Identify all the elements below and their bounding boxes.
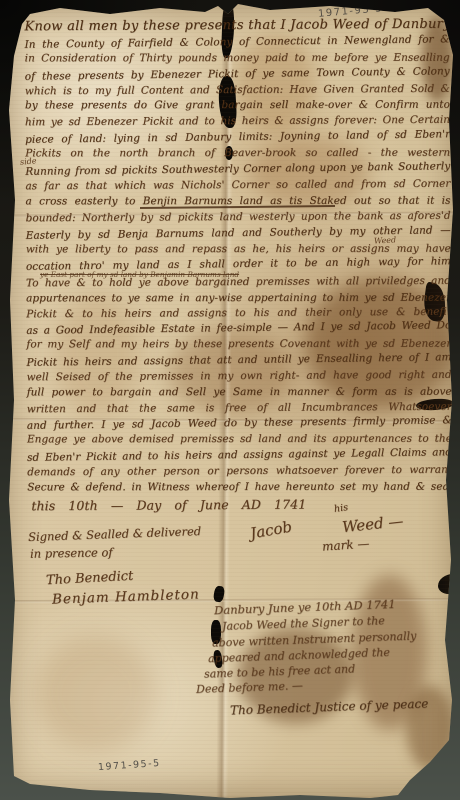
manuscript-line: Pickits on the north branch of Beaver-br… xyxy=(25,147,450,161)
manuscript-line: Pickit his heirs and assigns that att an… xyxy=(26,351,451,370)
manuscript-line: appurtenances to ye same in any-wise app… xyxy=(26,292,451,306)
manuscript-line: Know all men by these presents that I Ja… xyxy=(24,18,449,34)
manuscript-line: by these presents do Give grant bargain … xyxy=(25,99,450,113)
manuscript-line: Pickit & to his heirs and assigns to his… xyxy=(26,306,451,322)
edge-notch xyxy=(438,574,460,594)
acknowledgment-line: Deed before me. — xyxy=(196,679,303,696)
manuscript-date-line: this 10th — Day of June AD 1741 xyxy=(31,497,452,513)
manuscript-line: sd Eben'r Pickit and to his heirs and as… xyxy=(27,446,452,465)
manuscript-line: demands of any other person or persons w… xyxy=(27,464,452,480)
manuscript-line: bounded: Northerly by sd pickits land we… xyxy=(26,210,451,226)
marginal-note-side: side xyxy=(20,156,37,166)
scanned-document-view: 1971-93-5 1971-95-5 Know all men by thes… xyxy=(0,0,460,800)
fold-tear xyxy=(213,585,226,602)
manuscript-line: Running from sd pickits Southwesterly Co… xyxy=(25,160,450,179)
signature-his-label: his xyxy=(333,502,348,515)
witness-signature: Benjam Hambleton xyxy=(52,586,200,607)
interlined-note-struck: ye East part of my sd land by Benjamin B… xyxy=(40,270,239,279)
manuscript-line: Engage ye above demised premisses sd lan… xyxy=(27,433,452,447)
attestation-line: in presence of xyxy=(30,545,113,560)
deed-paper: 1971-93-5 1971-95-5 Know all men by thes… xyxy=(0,0,460,800)
manuscript-line: as far as that which was Nichols' Corner… xyxy=(25,178,450,194)
manuscript-line: piece of land: lying in sd Danbury limit… xyxy=(25,128,450,147)
manuscript-line: well Seised of the premisses in my own r… xyxy=(27,369,452,385)
stain xyxy=(36,636,156,751)
manuscript-line: him ye sd Ebenezer Pickit and to his hei… xyxy=(25,114,450,130)
manuscript-line: full power to bargain and Sell ye Same i… xyxy=(27,386,452,400)
archive-number-bottom: 1971-95-5 xyxy=(98,758,161,773)
manuscript-line: for my Self and my heirs by these presen… xyxy=(26,338,451,352)
manuscript-line: In the County of Fairfield & Colony of C… xyxy=(24,33,449,52)
manuscript-line: in Consideration of Thirty pounds money … xyxy=(25,52,450,66)
manuscript-line: written and that the same is free of all… xyxy=(27,401,452,417)
deed-body-text: Know all men by these presents that I Ja… xyxy=(24,0,452,561)
interlined-note-weed: Weed xyxy=(374,235,397,245)
manuscript-line: a cross easterly to Benjin Barnums land … xyxy=(26,195,451,209)
acknowledgment-line: same to be his free act and xyxy=(204,662,356,680)
manuscript-line: Secure & defend. in Witness whereof I ha… xyxy=(27,481,452,495)
acknowledgment-line: Jacob Weed the Signer to the xyxy=(222,614,385,633)
witness-signature: Tho Benedict xyxy=(46,569,134,589)
manuscript-line: and further. I ye sd Jacob Weed do by th… xyxy=(27,414,452,433)
manuscript-line: which is to my full Content and Satisfac… xyxy=(25,83,450,99)
manuscript-line: as a Good Indefeasible Estate in fee-sim… xyxy=(26,319,451,338)
manuscript-line: of these presents by Ebenezer Pickit of … xyxy=(25,65,450,84)
justice-signature: Tho Benedict Justice of ye peace xyxy=(230,697,429,718)
